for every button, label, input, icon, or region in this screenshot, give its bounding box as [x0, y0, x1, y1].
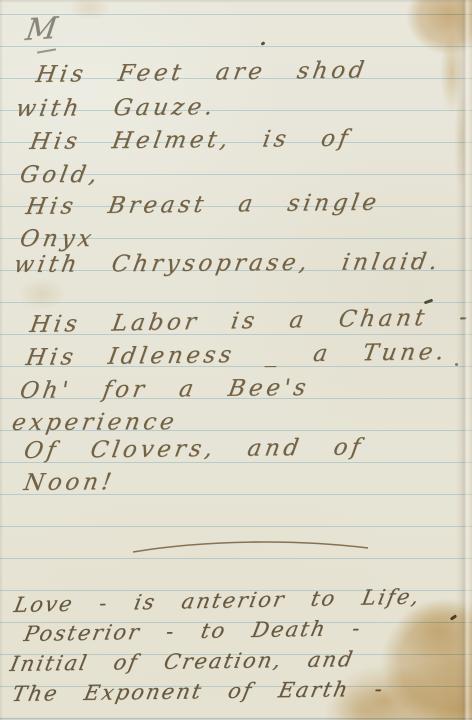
manuscript-line: His Feet are shod	[34, 57, 369, 88]
paper-edge-right	[456, 0, 472, 720]
pencil-annotation: M	[23, 11, 59, 48]
manuscript-line: with Chrysoprase, inlaid.	[12, 249, 443, 278]
manuscript-line: Initial of Creation, and	[8, 647, 356, 676]
paper-edge-left	[0, 0, 3, 720]
manuscript-line: The Exponent of Earth -	[10, 677, 387, 706]
manuscript-line: Oh' for a Bee's	[18, 375, 311, 404]
manuscript-line: His Labor is a Chant -	[28, 304, 472, 338]
manuscript-page: M His Feet are shod with Gauze. His Helm…	[0, 0, 472, 720]
manuscript-line: His Idleness _ a Tune.	[24, 339, 449, 371]
ink-speck	[413, 257, 416, 260]
manuscript-line: Love - is anterior to Life,	[12, 585, 423, 617]
manuscript-line: Of Clovers, and of	[22, 434, 366, 464]
ink-speck	[261, 41, 266, 46]
ink-speck	[424, 299, 433, 305]
manuscript-line: with Gauze.	[14, 94, 218, 122]
ink-speck	[455, 363, 458, 366]
manuscript-line: Onyx	[18, 226, 97, 252]
divider-stroke	[125, 531, 375, 557]
manuscript-line: Noon!	[22, 469, 117, 496]
manuscript-line: His Breast a single	[24, 190, 382, 220]
manuscript-line: experience	[10, 409, 180, 436]
manuscript-line: His Helmet, is of	[28, 126, 353, 155]
manuscript-line: Posterior - to Death -	[22, 616, 364, 646]
manuscript-line: Gold,	[18, 162, 103, 188]
ink-speck	[450, 614, 457, 620]
paper-edge-top	[0, 0, 472, 3]
pencil-annotation-underline	[37, 48, 56, 53]
